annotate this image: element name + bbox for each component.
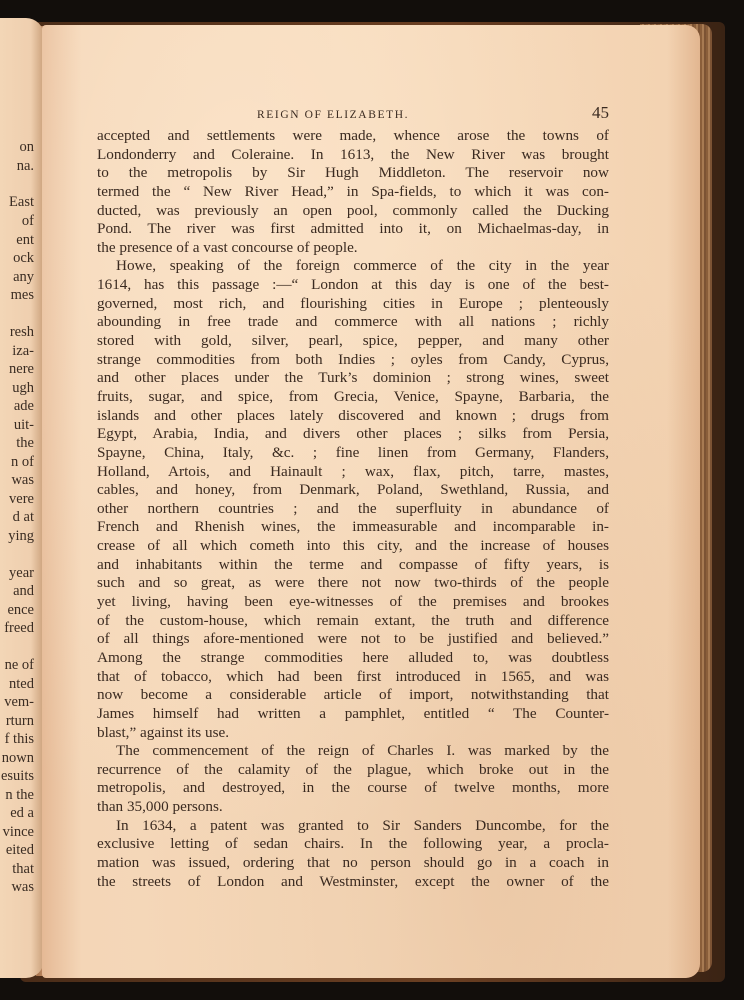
text-line: 1614, has this passage :—“ London at thi…: [97, 276, 609, 295]
text-line: fruits, sugar, and spice, from Grecia, V…: [97, 388, 609, 407]
text-line: cables, and honey, from Denmark, Poland,…: [97, 481, 609, 500]
left-page-fragment: ence: [7, 602, 34, 619]
text-line: Egypt, Arabia, India, and divers other p…: [97, 425, 609, 444]
text-line: termed the “ New River Head,” in Spa-fie…: [97, 183, 609, 202]
left-page-fragment: iza-: [12, 343, 34, 360]
text-line: crease of all which cometh into this cit…: [97, 537, 609, 556]
text-line: strange commodities from both Indies ; o…: [97, 351, 609, 370]
text-line: islands and other places lately discover…: [97, 407, 609, 426]
left-page-fragment: year: [9, 565, 34, 582]
text-line: such and so great, as were there not now…: [97, 574, 609, 593]
left-page-fragment: n of: [11, 454, 34, 471]
left-page-fragment: on: [20, 139, 35, 156]
text-line: Spayne, China, Italy, &c. ; fine linen f…: [97, 444, 609, 463]
left-page-fragment: nown: [2, 750, 34, 767]
text-line: now become a considerable article of imp…: [97, 686, 609, 705]
text-line: accepted and settlements were made, when…: [97, 127, 609, 146]
running-head: REIGN OF ELIZABETH. 45: [97, 105, 609, 127]
left-page-fragment: ne of: [5, 657, 34, 674]
text-line: mation was issued, ordering that no pers…: [97, 854, 609, 873]
text-line: The commencement of the reign of Charles…: [97, 742, 609, 761]
left-page-fragment: ugh: [12, 380, 34, 397]
text-line: Howe, speaking of the foreign commerce o…: [97, 257, 609, 276]
left-page-fragment: ock: [13, 250, 34, 267]
left-page-fragment: nted: [9, 676, 34, 693]
text-line: In 1634, a patent was granted to Sir San…: [97, 817, 609, 836]
left-page-fragment: esuits: [1, 768, 34, 785]
text-line: French and Rhenish wines, the immeasurab…: [97, 518, 609, 537]
left-page-fragment: na.: [17, 158, 34, 175]
left-page-fragment: d at: [13, 509, 34, 526]
text-line: stored with gold, silver, pearl, spice, …: [97, 332, 609, 351]
left-page-fragment: n the: [5, 787, 34, 804]
left-page: onna.Eastofentockanymesreshiza-nereughad…: [0, 18, 44, 978]
text-line: the presence of a vast concourse of peop…: [97, 239, 609, 258]
left-page-fragment: and: [13, 583, 34, 600]
text-line: exclusive letting of sedan chairs. In th…: [97, 835, 609, 854]
text-line: the streets of London and Westminster, e…: [97, 873, 609, 892]
text-line: blast,” against its use.: [97, 724, 609, 743]
text-line: metropolis, and destroyed, in the course…: [97, 779, 609, 798]
left-page-fragment: ying: [8, 528, 34, 545]
text-line: that of tobacco, which had been first in…: [97, 668, 609, 687]
left-page-fragment: freed: [4, 620, 34, 637]
text-line: James himself had written a pamphlet, en…: [97, 705, 609, 724]
text-line: ducted, was previously an open pool, com…: [97, 202, 609, 221]
text-line: governed, most rich, and flourishing cit…: [97, 295, 609, 314]
text-line: of the custom-house, which remain extant…: [97, 612, 609, 631]
left-page-fragment: uit-: [14, 417, 34, 434]
running-head-title: REIGN OF ELIZABETH.: [257, 109, 409, 121]
left-page-fragment: ed a: [10, 805, 34, 822]
left-page-fragment: the: [16, 435, 34, 452]
page-text-block: REIGN OF ELIZABETH. 45 accepted and sett…: [97, 105, 609, 891]
left-page-fragment: vere: [9, 491, 34, 508]
text-line: than 35,000 persons.: [97, 798, 609, 817]
left-page-fragment: vince: [3, 824, 34, 841]
text-line: Among the strange commodities here allud…: [97, 649, 609, 668]
left-page-fragment: f this: [5, 731, 34, 748]
text-line: other northern countries ; and the super…: [97, 500, 609, 519]
text-line: Londonderry and Coleraine. In 1613, the …: [97, 146, 609, 165]
left-page-fragment: of: [22, 213, 34, 230]
left-page-fragment: was: [11, 879, 34, 896]
left-page-fragment: mes: [11, 287, 34, 304]
text-line: recurrence of the calamity of the plague…: [97, 761, 609, 780]
left-page-fragment: any: [13, 269, 34, 286]
left-page-fragment: ent: [16, 232, 34, 249]
left-page-fragment: that: [12, 861, 34, 878]
text-line: Holland, Artois, and Hainault ; wax, fla…: [97, 463, 609, 482]
left-page-fragment: vem-: [4, 694, 34, 711]
left-page-fragment: resh: [10, 324, 34, 341]
text-line: to the metropolis by Sir Hugh Middleton.…: [97, 164, 609, 183]
text-line: abounding in free trade and commerce wit…: [97, 313, 609, 332]
left-page-fragment: nere: [9, 361, 34, 378]
left-page-fragment: was: [11, 472, 34, 489]
left-page-fragment: eited: [6, 842, 34, 859]
text-line: Pond. The river was first admitted into …: [97, 220, 609, 239]
text-line: yet living, having been eye-witnesses of…: [97, 593, 609, 612]
left-page-fragment: rturn: [6, 713, 34, 730]
body-text: accepted and settlements were made, when…: [97, 127, 609, 891]
page-number: 45: [592, 103, 609, 123]
text-line: and inhabitants within the terme and com…: [97, 556, 609, 575]
left-page-fragment: ade: [14, 398, 34, 415]
text-line: and other places under the Turk’s domini…: [97, 369, 609, 388]
text-line: of all things afore-mentioned were not t…: [97, 630, 609, 649]
left-page-fragment: East: [9, 194, 34, 211]
